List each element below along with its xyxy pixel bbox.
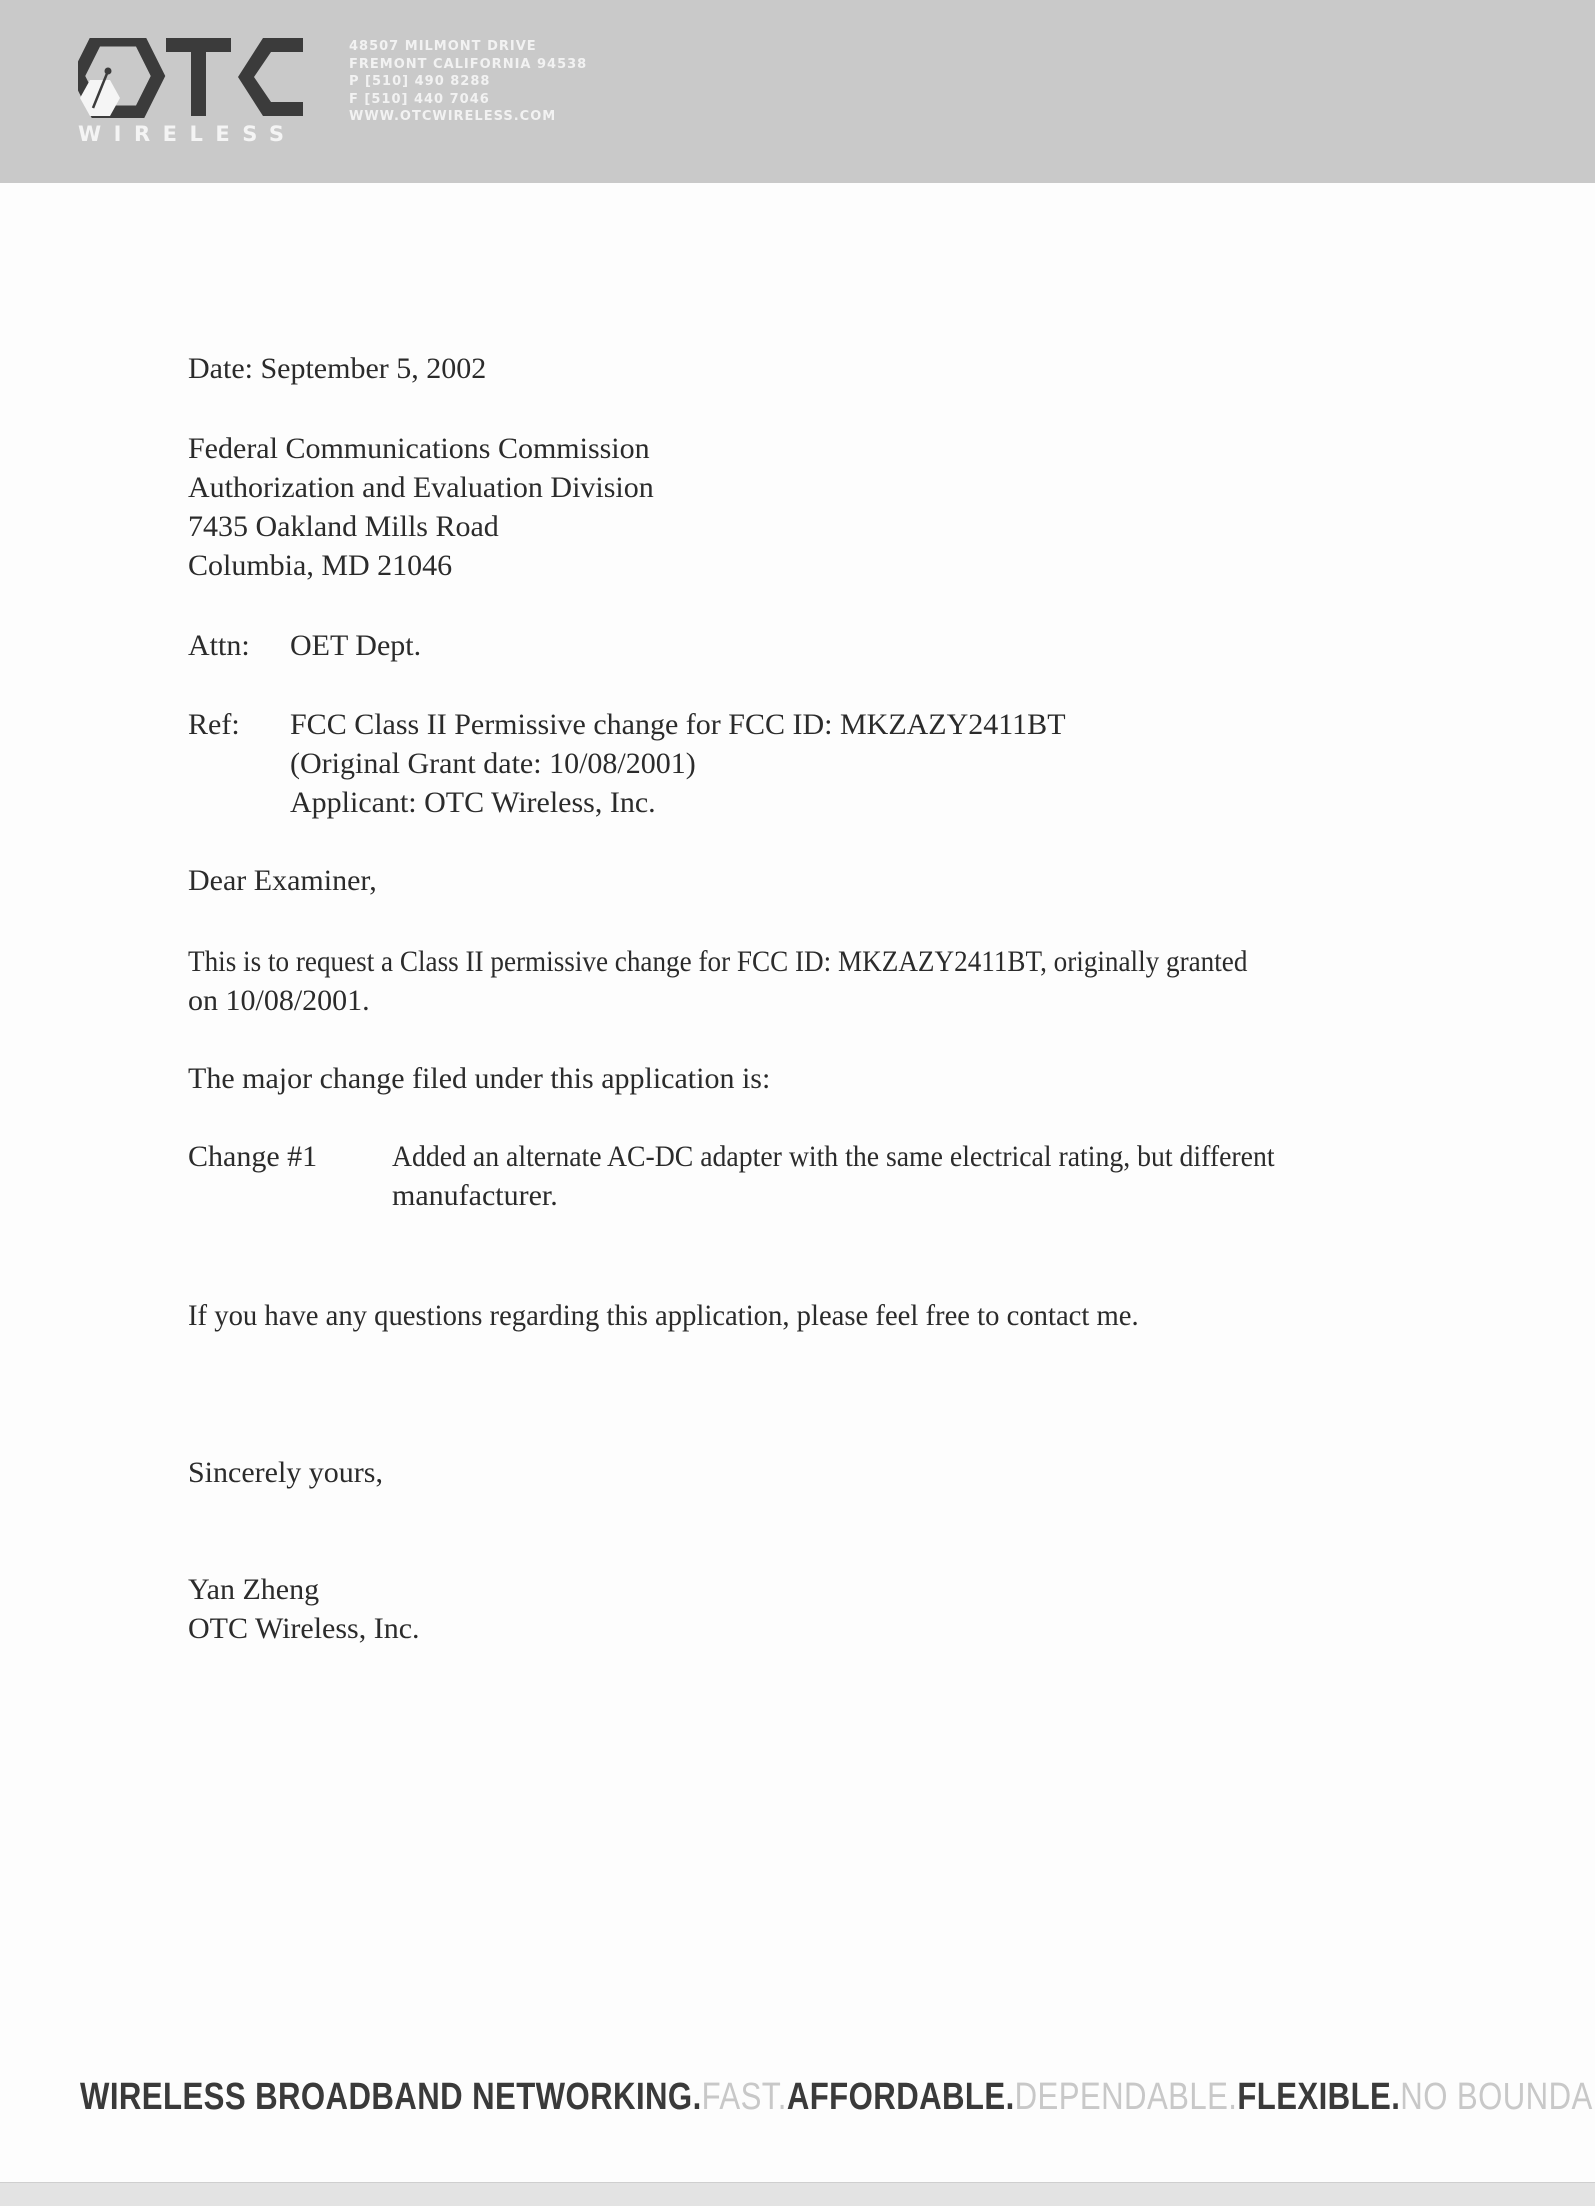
change-line-2: manufacturer. bbox=[392, 1176, 558, 1215]
page-bottom-edge bbox=[0, 2182, 1595, 2206]
tagline-segment: FLEXIBLE. bbox=[1237, 2076, 1400, 2118]
ref-line-1: FCC Class II Permissive change for FCC I… bbox=[290, 705, 1066, 744]
tagline-segment: DEPENDABLE. bbox=[1015, 2076, 1238, 2118]
closing: Sincerely yours, bbox=[188, 1453, 383, 1492]
signer-company: OTC Wireless, Inc. bbox=[188, 1609, 420, 1648]
change-line-1: Added an alternate AC-DC adapter with th… bbox=[392, 1137, 1275, 1176]
ref-line-3: Applicant: OTC Wireless, Inc. bbox=[290, 783, 656, 822]
tagline-segment: FAST. bbox=[702, 2076, 787, 2118]
logo-wireless-text: WIRELESS bbox=[78, 122, 303, 146]
paragraph-1-line-2: on 10/08/2001. bbox=[188, 981, 370, 1020]
letterhead: WIRELESS 48507 MILMONT DRIVE FREMONT CAL… bbox=[0, 0, 1595, 183]
recipient-line-4: Columbia, MD 21046 bbox=[188, 546, 452, 585]
otc-wireless-logo: WIRELESS bbox=[78, 38, 303, 148]
recipient-line-2: Authorization and Evaluation Division bbox=[188, 468, 654, 507]
paragraph-2: The major change filed under this applic… bbox=[188, 1059, 770, 1098]
tagline-segment: WIRELESS BROADBAND NETWORKING. bbox=[80, 2076, 702, 2118]
address-website: WWW.OTCWIRELESS.COM bbox=[349, 108, 587, 126]
attn-label: Attn: bbox=[188, 626, 250, 665]
change-label: Change #1 bbox=[188, 1137, 317, 1176]
tagline-segment: AFFORDABLE. bbox=[787, 2076, 1015, 2118]
paragraph-1-line-1: This is to request a Class II permissive… bbox=[188, 942, 1247, 981]
ref-label: Ref: bbox=[188, 705, 240, 744]
address-city: FREMONT CALIFORNIA 94538 bbox=[349, 56, 587, 74]
address-fax: F [510] 440 7046 bbox=[349, 91, 587, 109]
company-address: 48507 MILMONT DRIVE FREMONT CALIFORNIA 9… bbox=[349, 38, 587, 126]
attn-value: OET Dept. bbox=[290, 626, 421, 665]
closing-paragraph: If you have any questions regarding this… bbox=[188, 1296, 1139, 1335]
recipient-line-3: 7435 Oakland Mills Road bbox=[188, 507, 499, 546]
ref-line-2: (Original Grant date: 10/08/2001) bbox=[290, 744, 696, 783]
otc-logo-icon bbox=[78, 38, 303, 118]
letter-date: Date: September 5, 2002 bbox=[188, 349, 486, 388]
salutation: Dear Examiner, bbox=[188, 861, 377, 900]
address-phone: P [510] 490 8288 bbox=[349, 73, 587, 91]
footer-tagline: WIRELESS BROADBAND NETWORKING.FAST.AFFOR… bbox=[80, 2076, 1595, 2119]
address-street: 48507 MILMONT DRIVE bbox=[349, 38, 587, 56]
tagline-segment: NO BOUNDARIES. bbox=[1400, 2076, 1595, 2118]
recipient-line-1: Federal Communications Commission bbox=[188, 429, 650, 468]
signer-name: Yan Zheng bbox=[188, 1570, 319, 1609]
